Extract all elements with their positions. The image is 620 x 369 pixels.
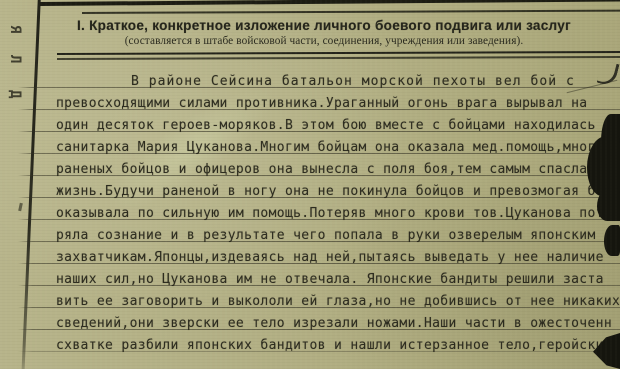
header-top-rule	[82, 10, 620, 14]
citation-text-line: один десяток героев-моряков.В этом бою в…	[56, 118, 620, 133]
section-title: I. Краткое, конкретное изложение личного…	[50, 18, 598, 33]
form-section-header: I. Краткое, конкретное изложение личного…	[50, 18, 598, 47]
ink-stain	[604, 225, 620, 256]
margin-letter: Д	[7, 90, 23, 108]
section-subtitle: (составляется в штабе войсковой части, с…	[50, 35, 598, 47]
citation-text-line: ряла сознание и в результате чего попала…	[56, 228, 620, 243]
citation-text-line: санитарка Мария Цуканова.Многим бойцам о…	[56, 140, 620, 155]
header-separator-rule	[57, 51, 620, 55]
citation-text-line: жизнь.Будучи раненой в ногу она не покин…	[56, 184, 620, 199]
margin-letter: Л	[7, 55, 23, 73]
scanned-document-page: Я Л Д I. Краткое, конкретное изложение л…	[0, 0, 620, 369]
citation-text-line: сведений,они зверски ее тело изрезали но…	[56, 316, 620, 331]
ink-stain	[587, 136, 620, 196]
margin-mark	[18, 203, 23, 211]
citation-text-line: наших сил,но Цуканова им не отвечала. Яп…	[56, 272, 620, 287]
citation-text-line: превосходящими силами противника.Ураганн…	[56, 96, 620, 111]
header-separator-rule	[57, 56, 620, 60]
citation-text-line: схватке разбили японских бандитов и нашл…	[56, 338, 620, 353]
citation-text-line: раненых бойцов и офицеров она вынесла с …	[56, 162, 620, 177]
margin-letter: Я	[7, 25, 23, 43]
citation-text-line: В районе Сейсина батальон морской пехоты…	[131, 74, 620, 89]
citation-text-line: вить ее заговорить и выкололи ей глаза,н…	[56, 294, 620, 309]
margin-vertical-rule	[21, 0, 40, 369]
top-border-line	[40, 0, 620, 6]
ink-stain	[597, 188, 620, 221]
citation-text-line: оказывала по сильную им помощь.Потеряв м…	[56, 206, 620, 221]
citation-text-line: захватчикам.Японцы,издеваясь над ней,пыт…	[56, 250, 620, 265]
